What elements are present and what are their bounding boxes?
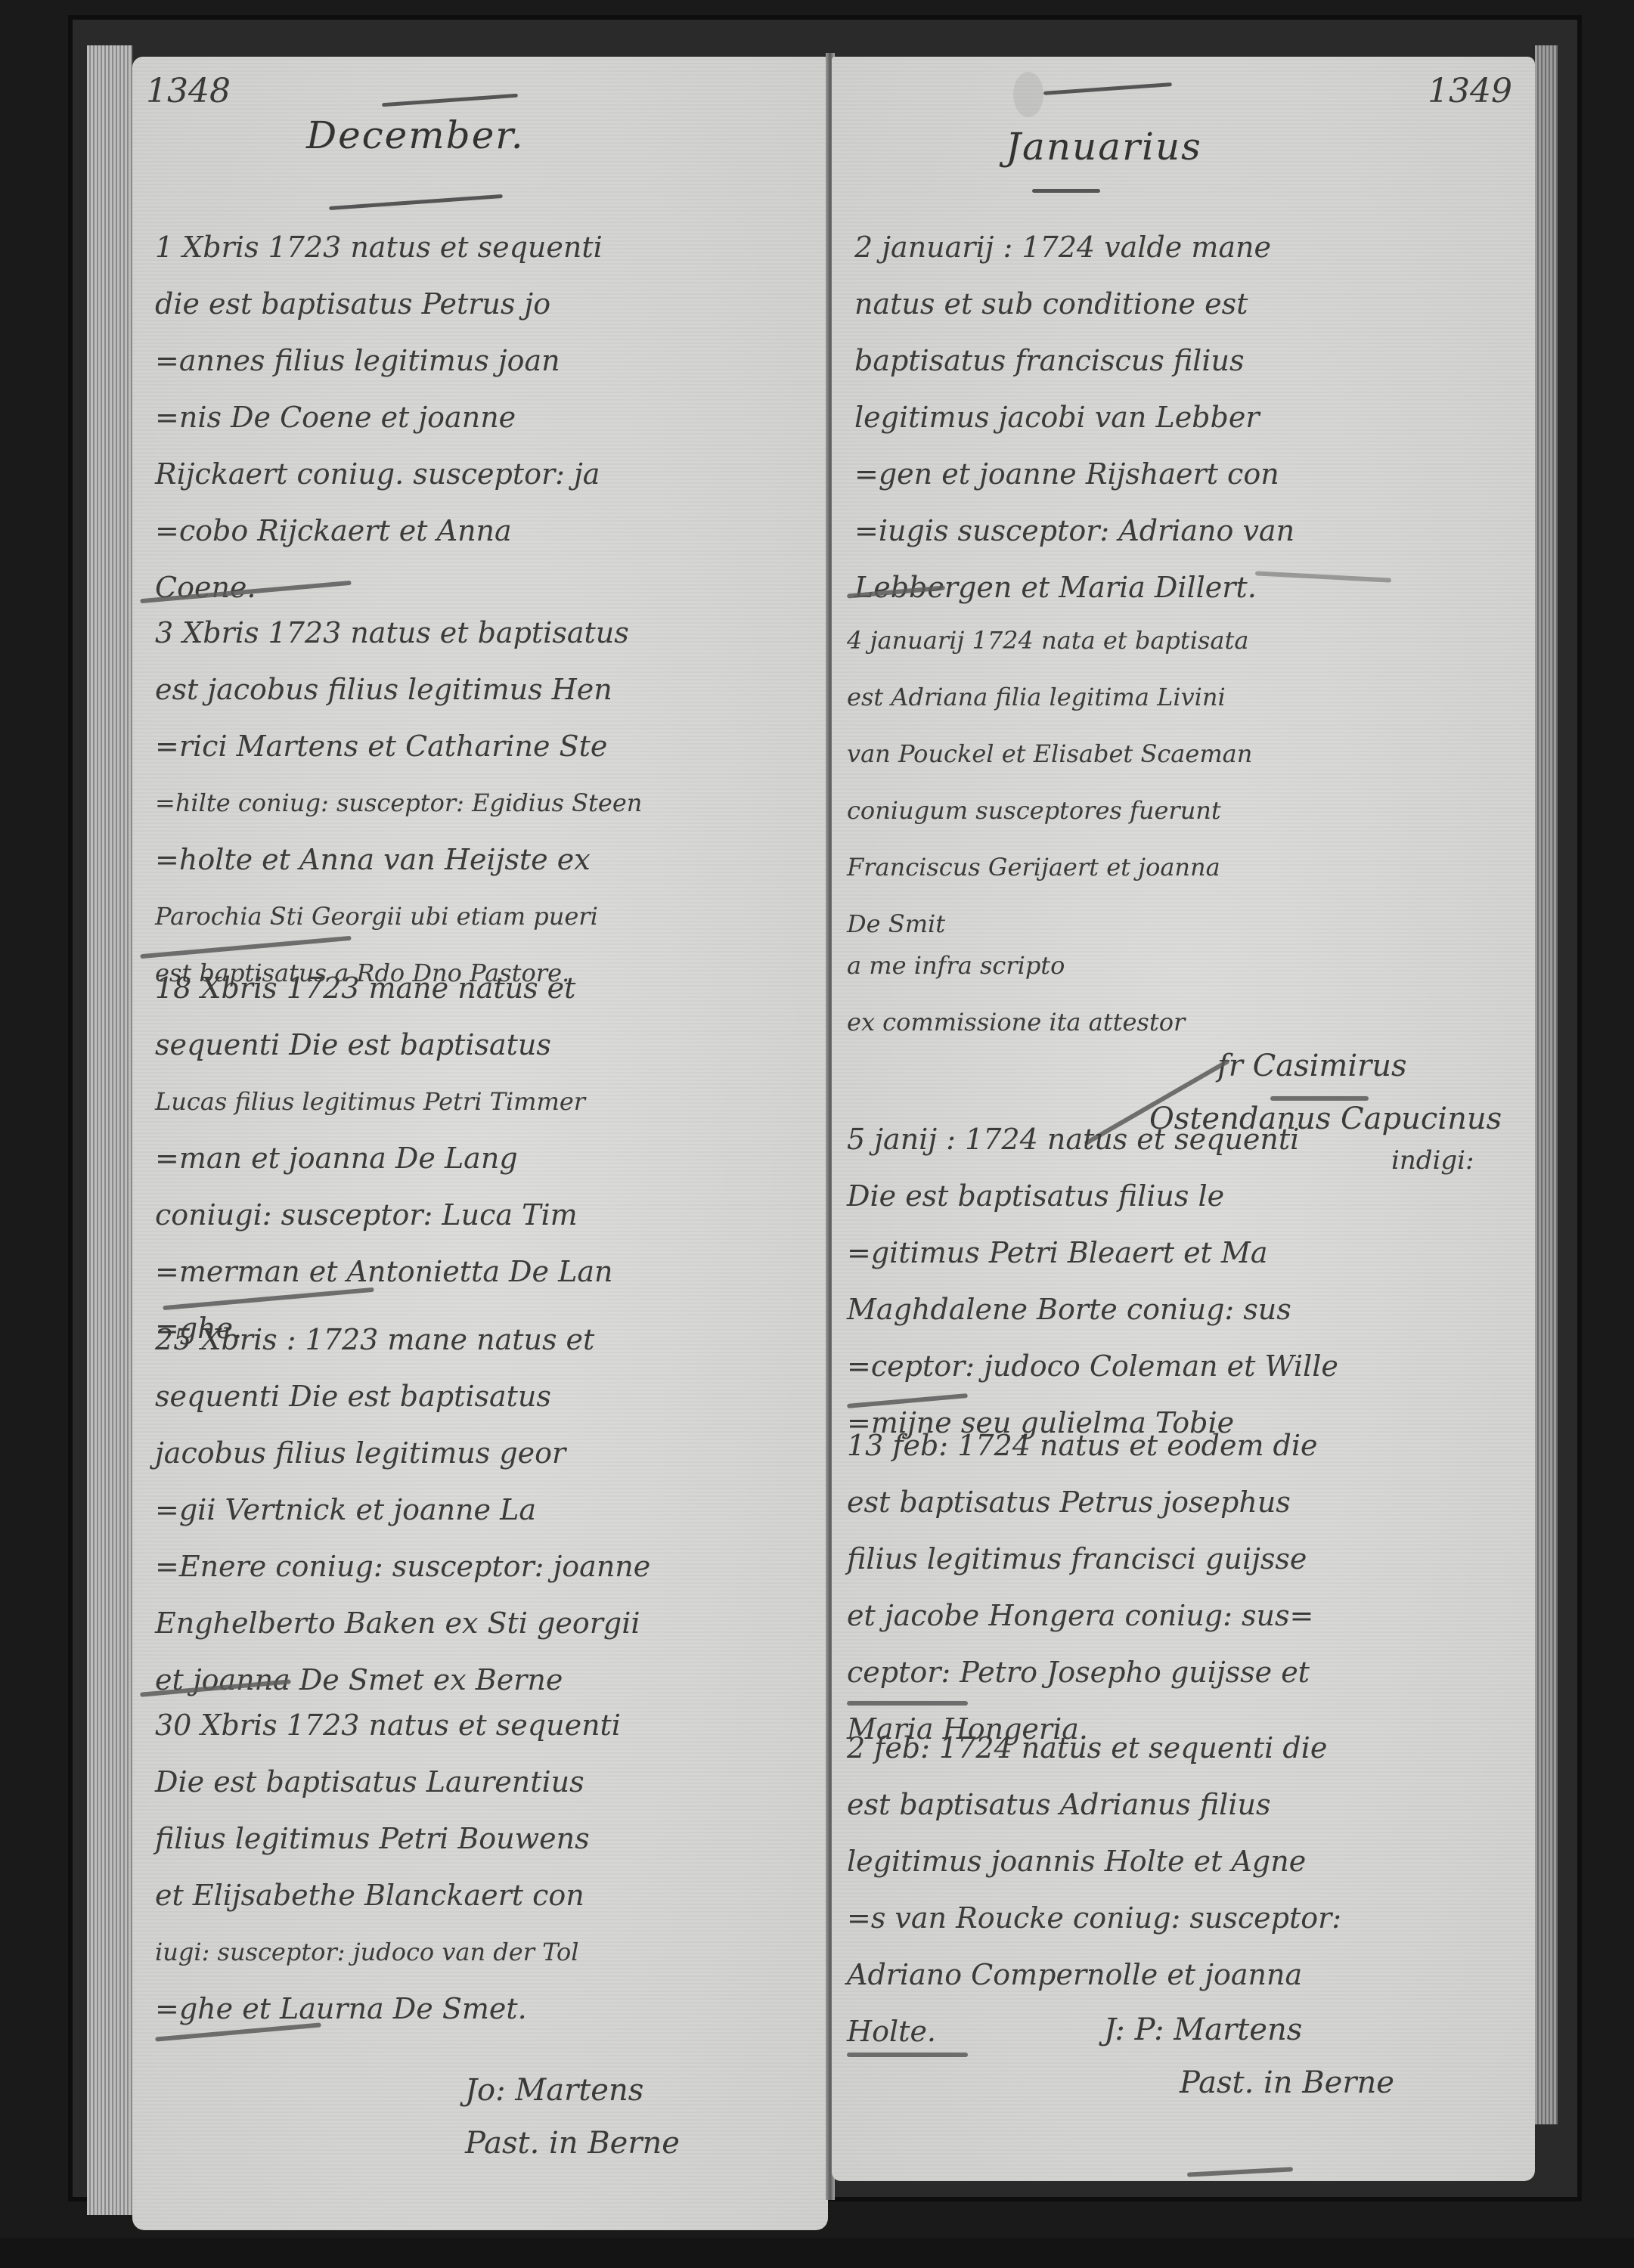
entry-line: =ceptor: judoco Coleman et Wille	[847, 1338, 1338, 1395]
signature-line: fr Casimirus	[1149, 1039, 1502, 1092]
entry-line: coniugum susceptores fuerunt	[847, 782, 1252, 839]
entry-line: van Pouckel et Elisabet Scaeman	[847, 726, 1252, 782]
signature-line: Past. in Berne	[1104, 2056, 1394, 2109]
entry-line: =rici Martens et Catharine Ste	[155, 718, 642, 775]
entry-line: 25 Xbris : 1723 mane natus et	[155, 1312, 650, 1368]
signature-line: Past. in Berne	[465, 2117, 680, 2170]
entry-line: 3 Xbris 1723 natus et baptisatus	[155, 605, 642, 661]
signature-line: Jo: Martens	[465, 2064, 680, 2117]
entry-line: 1 Xbris 1723 natus et sequenti	[155, 219, 603, 276]
baptism-entry: 30 Xbris 1723 natus et sequenti Die est …	[155, 1697, 621, 2037]
entry-line: =nis De Coene et joanne	[155, 389, 603, 446]
entry-separator	[847, 1701, 968, 1706]
entry-line: die est baptisatus Petrus jo	[155, 276, 603, 333]
entry-line: =man et joanna De Lang	[155, 1130, 612, 1187]
entry-line: Adriano Compernolle et joanna	[847, 1947, 1341, 2003]
entry-line: 5 janij : 1724 natus et sequenti	[847, 1111, 1338, 1168]
cover-bottom-edge	[0, 2238, 1634, 2268]
entry-line: est baptisatus Petrus josephus	[847, 1474, 1318, 1531]
entry-separator	[1270, 1096, 1369, 1101]
entry-line: Enghelberto Baken ex Sti georgii	[155, 1595, 650, 1652]
entry-line: =gii Vertnick et joanne La	[155, 1482, 650, 1538]
baptism-entry: 2 januarij : 1724 valde mane natus et su…	[854, 219, 1294, 616]
entry-line: =gitimus Petri Bleaert et Ma	[847, 1225, 1338, 1281]
left-page: 1348 December. 1 Xbris 1723 natus et seq…	[132, 57, 828, 2230]
baptism-entry: 1 Xbris 1723 natus et sequenti die est b…	[155, 219, 603, 616]
entry-line: sequenti Die est baptisatus	[155, 1368, 650, 1425]
entry-line: Maghdalene Borte coniug: sus	[847, 1281, 1338, 1338]
attestation-note: a me infra scripto ex commissione ita at…	[847, 937, 1185, 1051]
entry-line: filius legitimus francisci guijsse	[847, 1531, 1318, 1588]
entry-line: legitimus joannis Holte et Agne	[847, 1833, 1341, 1890]
entry-line: 2 feb: 1724 natus et sequenti die	[847, 1720, 1341, 1777]
entry-separator	[847, 2053, 968, 2057]
annotation-line: ex commissione ita attestor	[847, 994, 1185, 1051]
entry-line: legitimus jacobi van Lebber	[854, 389, 1294, 446]
entry-line: 2 januarij : 1724 valde mane	[854, 219, 1294, 276]
entry-line: =s van Roucke coniug: susceptor:	[847, 1890, 1341, 1947]
entry-line: et Elijsabethe Blanckaert con	[155, 1867, 621, 1924]
heading-rule	[329, 194, 503, 210]
baptism-entry: 25 Xbris : 1723 mane natus et sequenti D…	[155, 1312, 650, 1709]
entry-line: est Adriana filia legitima Livini	[847, 669, 1252, 726]
heading-flourish	[382, 94, 518, 107]
baptism-entry: 4 januarij 1724 nata et baptisata est Ad…	[847, 612, 1252, 953]
baptism-entry: 3 Xbris 1723 natus et baptisatus est jac…	[155, 605, 642, 1002]
entry-line: =ghe et Laurna De Smet.	[155, 1981, 621, 2037]
entry-line: =Enere coniug: susceptor: joanne	[155, 1538, 650, 1595]
baptism-entry: 18 Xbris 1723 mane natus et sequenti Die…	[155, 960, 612, 1357]
page-number: 1348	[146, 72, 231, 110]
page-number: 1349	[1428, 72, 1512, 110]
signature-line: J: P: Martens	[1104, 2003, 1394, 2056]
entry-line: Parochia Sti Georgii ubi etiam pueri	[155, 888, 642, 945]
entry-line: 4 januarij 1724 nata et baptisata	[847, 612, 1252, 669]
entry-line: =hilte coniug: susceptor: Egidius Steen	[155, 775, 642, 832]
entry-line: =holte et Anna van Heijste ex	[155, 832, 642, 888]
entry-line: =annes filius legitimus joan	[155, 333, 603, 389]
left-page-edges	[87, 45, 132, 2215]
ink-blot	[1013, 72, 1043, 117]
entry-line: 18 Xbris 1723 mane natus et	[155, 960, 612, 1017]
entry-line: Franciscus Gerijaert et joanna	[847, 839, 1252, 896]
right-page-edges	[1535, 45, 1558, 2124]
entry-line: =merman et Antonietta De Lan	[155, 1244, 612, 1300]
entry-line: jacobus filius legitimus geor	[155, 1425, 650, 1482]
heading-rule	[1032, 189, 1100, 193]
pastor-signature: Jo: Martens Past. in Berne	[465, 2064, 680, 2170]
entry-line: Lucas filius legitimus Petri Timmer	[155, 1074, 612, 1130]
month-heading: December.	[306, 113, 525, 157]
entry-line: Die est baptisatus Laurentius	[155, 1754, 621, 1811]
entry-line: 30 Xbris 1723 natus et sequenti	[155, 1697, 621, 1754]
right-page: 1349 Januarius 2 januarij : 1724 valde m…	[832, 57, 1535, 2181]
entry-line: =gen et joanne Rijshaert con	[854, 446, 1294, 503]
entry-line: =iugis susceptor: Adriano van	[854, 503, 1294, 559]
entry-line: iugi: susceptor: judoco van der Tol	[155, 1924, 621, 1981]
entry-line: ceptor: Petro Josepho guijsse et	[847, 1644, 1318, 1701]
entry-line: =cobo Rijckaert et Anna	[155, 503, 603, 559]
entry-line: Die est baptisatus filius le	[847, 1168, 1338, 1225]
entry-line: filius legitimus Petri Bouwens	[155, 1811, 621, 1867]
entry-line: est baptisatus Adrianus filius	[847, 1777, 1341, 1833]
heading-flourish	[1043, 82, 1172, 95]
entry-line: natus et sub conditione est	[854, 276, 1294, 333]
entry-line: est jacobus filius legitimus Hen	[155, 661, 642, 718]
entry-line: baptisatus franciscus filius	[854, 333, 1294, 389]
pastor-signature: J: P: Martens Past. in Berne	[1104, 2003, 1394, 2109]
entry-line: coniugi: susceptor: Luca Tim	[155, 1187, 612, 1244]
closing-stroke	[1187, 2167, 1293, 2177]
entry-line: sequenti Die est baptisatus	[155, 1017, 612, 1074]
entry-line: 13 feb: 1724 natus et eodem die	[847, 1417, 1318, 1474]
entry-line: et jacobe Hongera coniug: sus=	[847, 1588, 1318, 1644]
entry-line: Rijckaert coniug. susceptor: ja	[155, 446, 603, 503]
annotation-line: a me infra scripto	[847, 937, 1185, 994]
baptism-entry: 13 feb: 1724 natus et eodem die est bapt…	[847, 1417, 1318, 1758]
month-heading: Januarius	[1006, 125, 1202, 169]
